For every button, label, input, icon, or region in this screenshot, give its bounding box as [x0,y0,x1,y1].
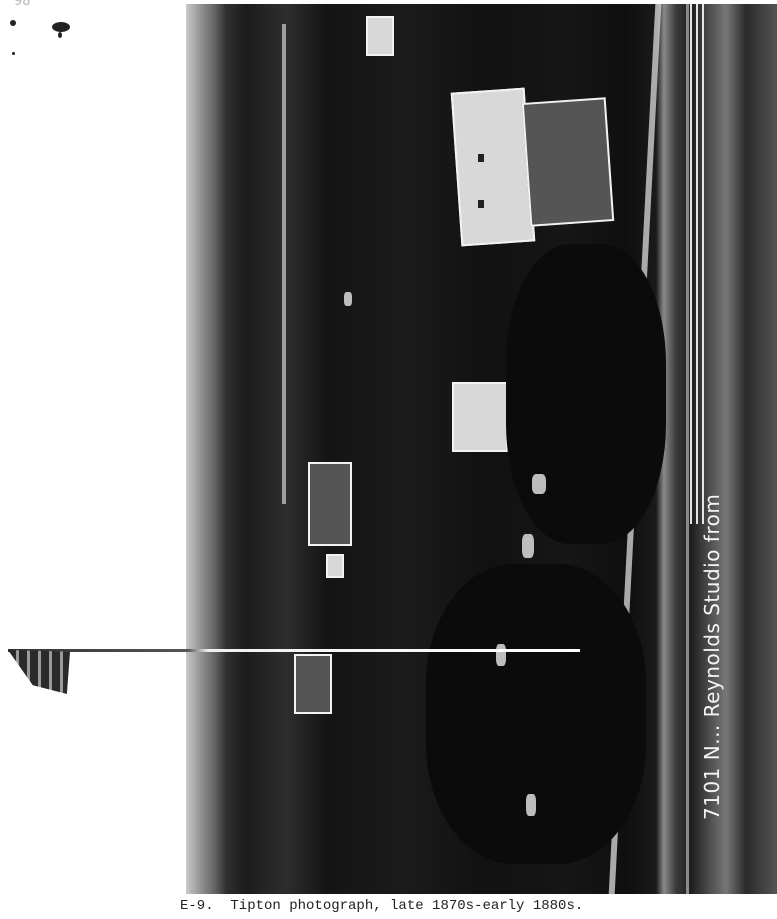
tree-canopy [426,564,646,864]
photo-faded-edge [186,4,226,894]
historical-photograph [186,4,777,894]
ink-speck [52,22,70,32]
window [478,200,484,208]
highlight [496,644,506,666]
flagpole [8,649,580,652]
road-edge [686,4,689,894]
flag [8,650,70,694]
highlight [532,474,546,494]
house [452,382,508,452]
ink-speck [12,52,15,55]
house [294,654,332,714]
fence [690,4,692,524]
fence [696,4,698,524]
tree-canopy [506,244,666,544]
highlight [344,292,352,306]
window [478,154,484,162]
road-edge [282,24,286,504]
page-number: 98 [14,0,31,9]
house [326,554,344,578]
highlight [526,794,536,816]
house [366,16,394,56]
house [308,462,352,546]
fence [702,4,704,524]
courthouse-annex [522,97,614,227]
highlight [522,534,534,558]
photo-overlay-text: 7101 N... Reynolds Studio from [700,494,724,820]
ink-speck [10,20,16,26]
ink-speck [58,32,62,38]
figure-caption: E-9. Tipton photograph, late 1870s-early… [180,898,583,914]
